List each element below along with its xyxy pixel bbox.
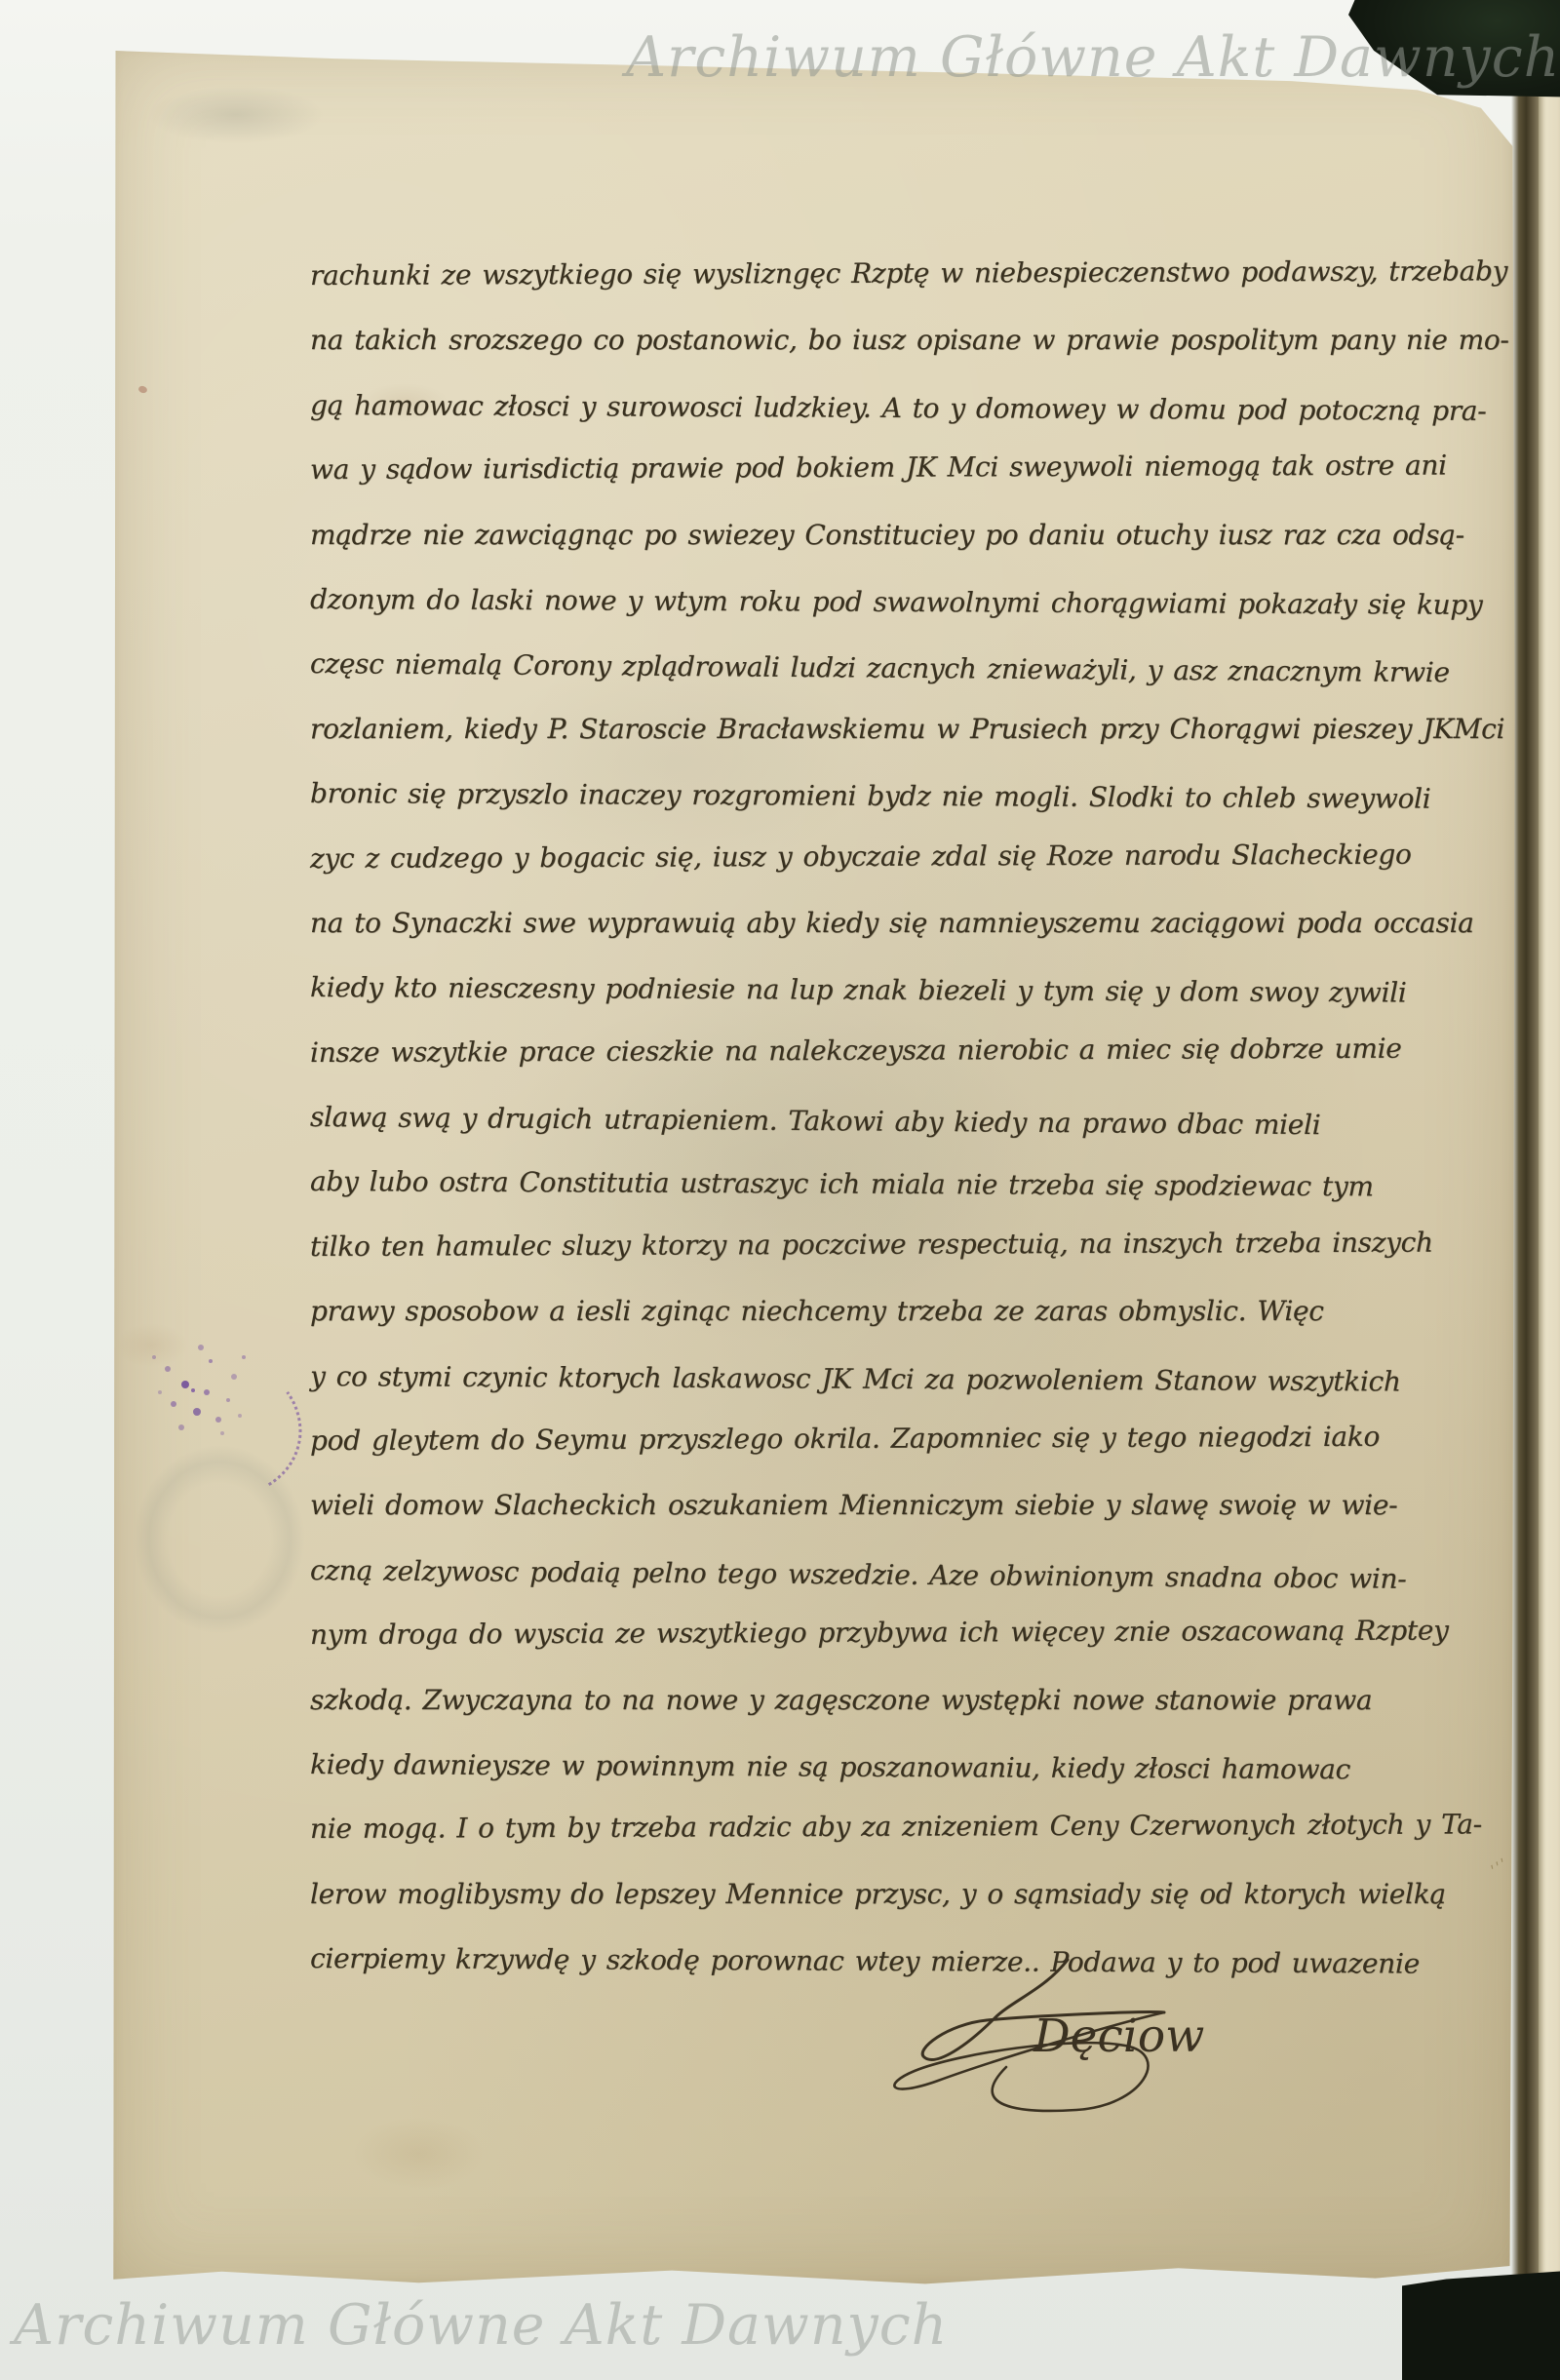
handwritten-line: szkodą. Zwyczayna to na nowe y zagęsczon…: [310, 1668, 1449, 1733]
ink-stain: [137, 385, 148, 395]
handwritten-line: dzonym do laski nowe y wtym roku pod swa…: [310, 567, 1449, 638]
next-page-edge: [1537, 0, 1560, 2380]
handwritten-line: pod gleytem do Seymu przyszlego okrila. …: [310, 1405, 1449, 1474]
handwritten-line: rachunki ze wszytkiego się wyslizngęc Rz…: [310, 240, 1449, 309]
handwritten-line: zyc z cudzego y bogacic się, iusz y obyc…: [310, 822, 1449, 891]
handwritten-line: kiedy kto niesczesny podniesie na lup zn…: [310, 956, 1449, 1026]
stamp-ghost-impression: [127, 1437, 312, 1642]
watermark-bottom: Archiwum Główne Akt Dawnych: [14, 2293, 948, 2358]
handwritten-line: y co stymi czynic ktorych laskawosc JK M…: [310, 1345, 1449, 1415]
manuscript-page: rachunki ze wszytkiego się wyslizngęc Rz…: [109, 43, 1516, 2288]
signature-text: Dęciow: [1033, 2009, 1204, 2063]
handwritten-line: wa y sądow iurisdictią prawie pod bokiem…: [310, 434, 1449, 503]
handwritten-line: częsc niemalą Corony zplądrowali ludzi z…: [310, 632, 1449, 706]
handwritten-line: insze wszytkie prace cieszkie na nalekcz…: [310, 1016, 1449, 1085]
handwritten-line: na takich srozszego co postanowic, bo iu…: [310, 308, 1449, 372]
signature-flourish: Dęciow: [821, 1942, 1269, 2127]
handwritten-line: nym droga do wyscia ze wszytkiego przyby…: [310, 1599, 1449, 1668]
gutter-shadow: [1511, 0, 1539, 2380]
handwritten-line: gą hamowac złosci y surowosci ludzkiey. …: [310, 373, 1449, 444]
stamp-speckles: [191, 1388, 195, 1392]
handwritten-line: nie mogą. I o tym by trzeba radzic aby z…: [310, 1793, 1449, 1862]
handwritten-line: rozlaniem, kiedy P. Staroscie Bracławski…: [310, 697, 1449, 761]
handwritten-line: aby lubo ostra Constitutia ustraszyc ich…: [310, 1150, 1449, 1220]
handwritten-line: na to Synaczki swe wyprawuią aby kiedy s…: [310, 891, 1449, 956]
handwritten-line: prawy sposobow a iesli zginąc niechcemy …: [310, 1279, 1449, 1344]
handwritten-line: lerow moglibysmy do lepszey Mennice przy…: [310, 1862, 1449, 1927]
handwritten-text: rachunki ze wszytkiego się wyslizngęc Rz…: [310, 244, 1449, 1992]
watermark-top: Archiwum Główne Akt Dawnych: [626, 25, 1560, 90]
handwritten-line: tilko ten hamulec sluzy ktorzy na poczci…: [310, 1210, 1449, 1279]
book-binding-bottom: [1402, 2268, 1560, 2380]
handwritten-line: slawą swą y drugich utrapieniem. Takowi …: [310, 1085, 1449, 1159]
margin-mark: ʹʹʹ: [1489, 1854, 1514, 1879]
handwritten-line: bronic się przyszlo inaczey rozgromieni …: [310, 761, 1449, 832]
handwritten-line: mądrze nie zawciągnąc po swiezey Constit…: [310, 503, 1449, 567]
scan-background: { "archive_watermark": { "text": "Archiw…: [0, 0, 1560, 2380]
handwritten-line: wieli domow Slacheckich oszukaniem Mienn…: [310, 1473, 1449, 1538]
